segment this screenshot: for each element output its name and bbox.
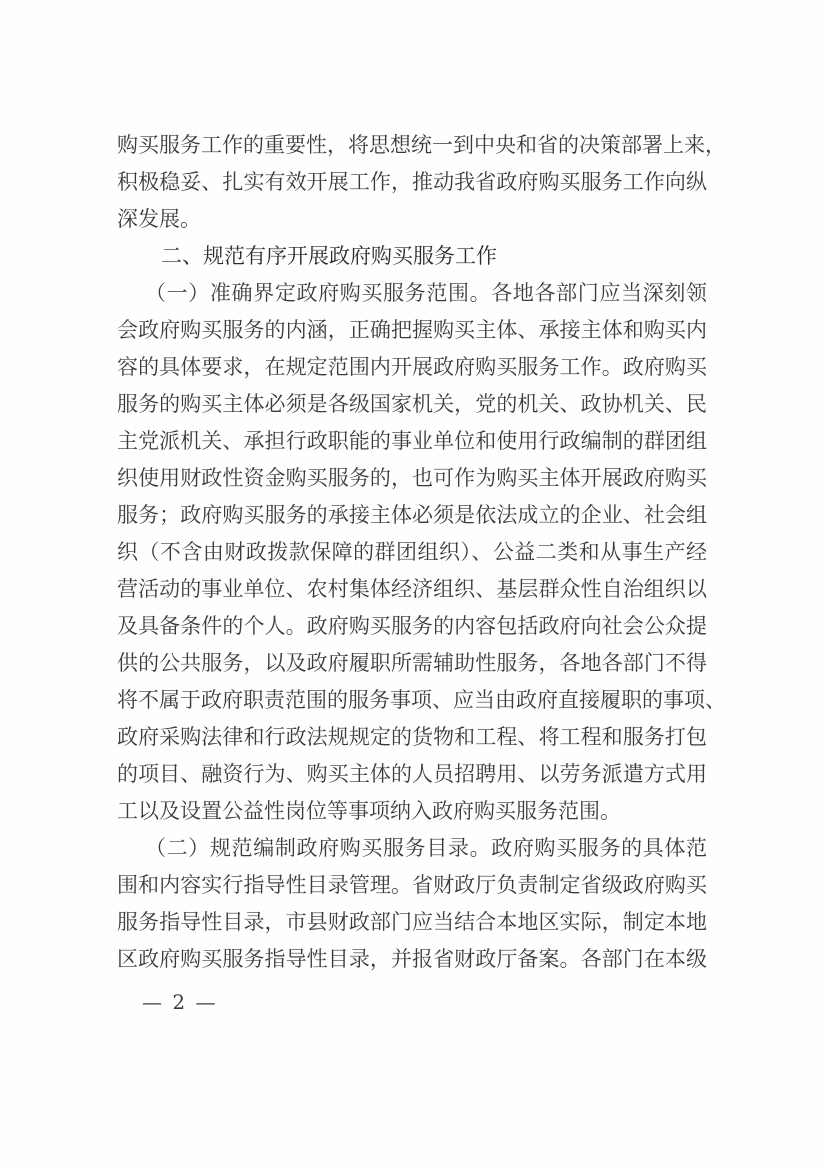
paragraph-line: 的项目、融资行为、购买主体的人员招聘用、以劳务派遣方式用 xyxy=(117,756,707,793)
paragraph-line: 会政府购买服务的内涵，正确把握购买主体、承接主体和购买内 xyxy=(117,312,707,349)
paragraph-line: 营活动的事业单位、农村集体经济组织、基层群众性自治组织以 xyxy=(117,571,707,608)
paragraph-line: 服务；政府购买服务的承接主体必须是依法成立的企业、社会组 xyxy=(117,497,707,534)
paragraph-line: 政府采购法律和行政法规规定的货物和工程、将工程和服务打包 xyxy=(117,719,707,756)
document-body: 购买服务工作的重要性，将思想统一到中央和省的决策部署上来， 积极稳妥、扎实有效开… xyxy=(117,127,707,978)
paragraph-line: 及具备条件的个人。政府购买服务的内容包括政府向社会公众提 xyxy=(117,608,707,645)
page-number: — 2 — xyxy=(142,990,217,1014)
paragraph-line: 区政府购买服务指导性目录，并报省财政厅备案。各部门在本级 xyxy=(117,941,707,978)
document-page: 购买服务工作的重要性，将思想统一到中央和省的决策部署上来， 积极稳妥、扎实有效开… xyxy=(0,0,828,1169)
paragraph-line: 积极稳妥、扎实有效开展工作，推动我省政府购买服务工作向纵 xyxy=(117,164,707,201)
section-heading: 二、规范有序开展政府购买服务工作 xyxy=(117,238,707,275)
paragraph-line: 织（不含由财政拨款保障的群团组织）、公益二类和从事生产经 xyxy=(117,534,707,571)
paragraph-line: 深发展。 xyxy=(117,201,707,238)
paragraph-line: 织使用财政性资金购买服务的，也可作为购买主体开展政府购买 xyxy=(117,460,707,497)
paragraph-line: 工以及设置公益性岗位等事项纳入政府购买服务范围。 xyxy=(117,793,707,830)
paragraph-line: 容的具体要求，在规定范围内开展政府购买服务工作。政府购买 xyxy=(117,349,707,386)
subsection-heading-line: （二）规范编制政府购买服务目录。政府购买服务的具体范 xyxy=(117,830,707,867)
paragraph-line: 围和内容实行指导性目录管理。省财政厅负责制定省级政府购买 xyxy=(117,867,707,904)
paragraph-line: 服务指导性目录，市县财政部门应当结合本地区实际，制定本地 xyxy=(117,904,707,941)
paragraph-line: 将不属于政府职责范围的服务事项、应当由政府直接履职的事项、 xyxy=(117,682,707,719)
paragraph-line: 购买服务工作的重要性，将思想统一到中央和省的决策部署上来， xyxy=(117,127,707,164)
paragraph-line: 服务的购买主体必须是各级国家机关，党的机关、政协机关、民 xyxy=(117,386,707,423)
paragraph-line: 供的公共服务，以及政府履职所需辅助性服务，各地各部门不得 xyxy=(117,645,707,682)
paragraph-line: 主党派机关、承担行政职能的事业单位和使用行政编制的群团组 xyxy=(117,423,707,460)
subsection-heading-line: （一）准确界定政府购买服务范围。各地各部门应当深刻领 xyxy=(117,275,707,312)
